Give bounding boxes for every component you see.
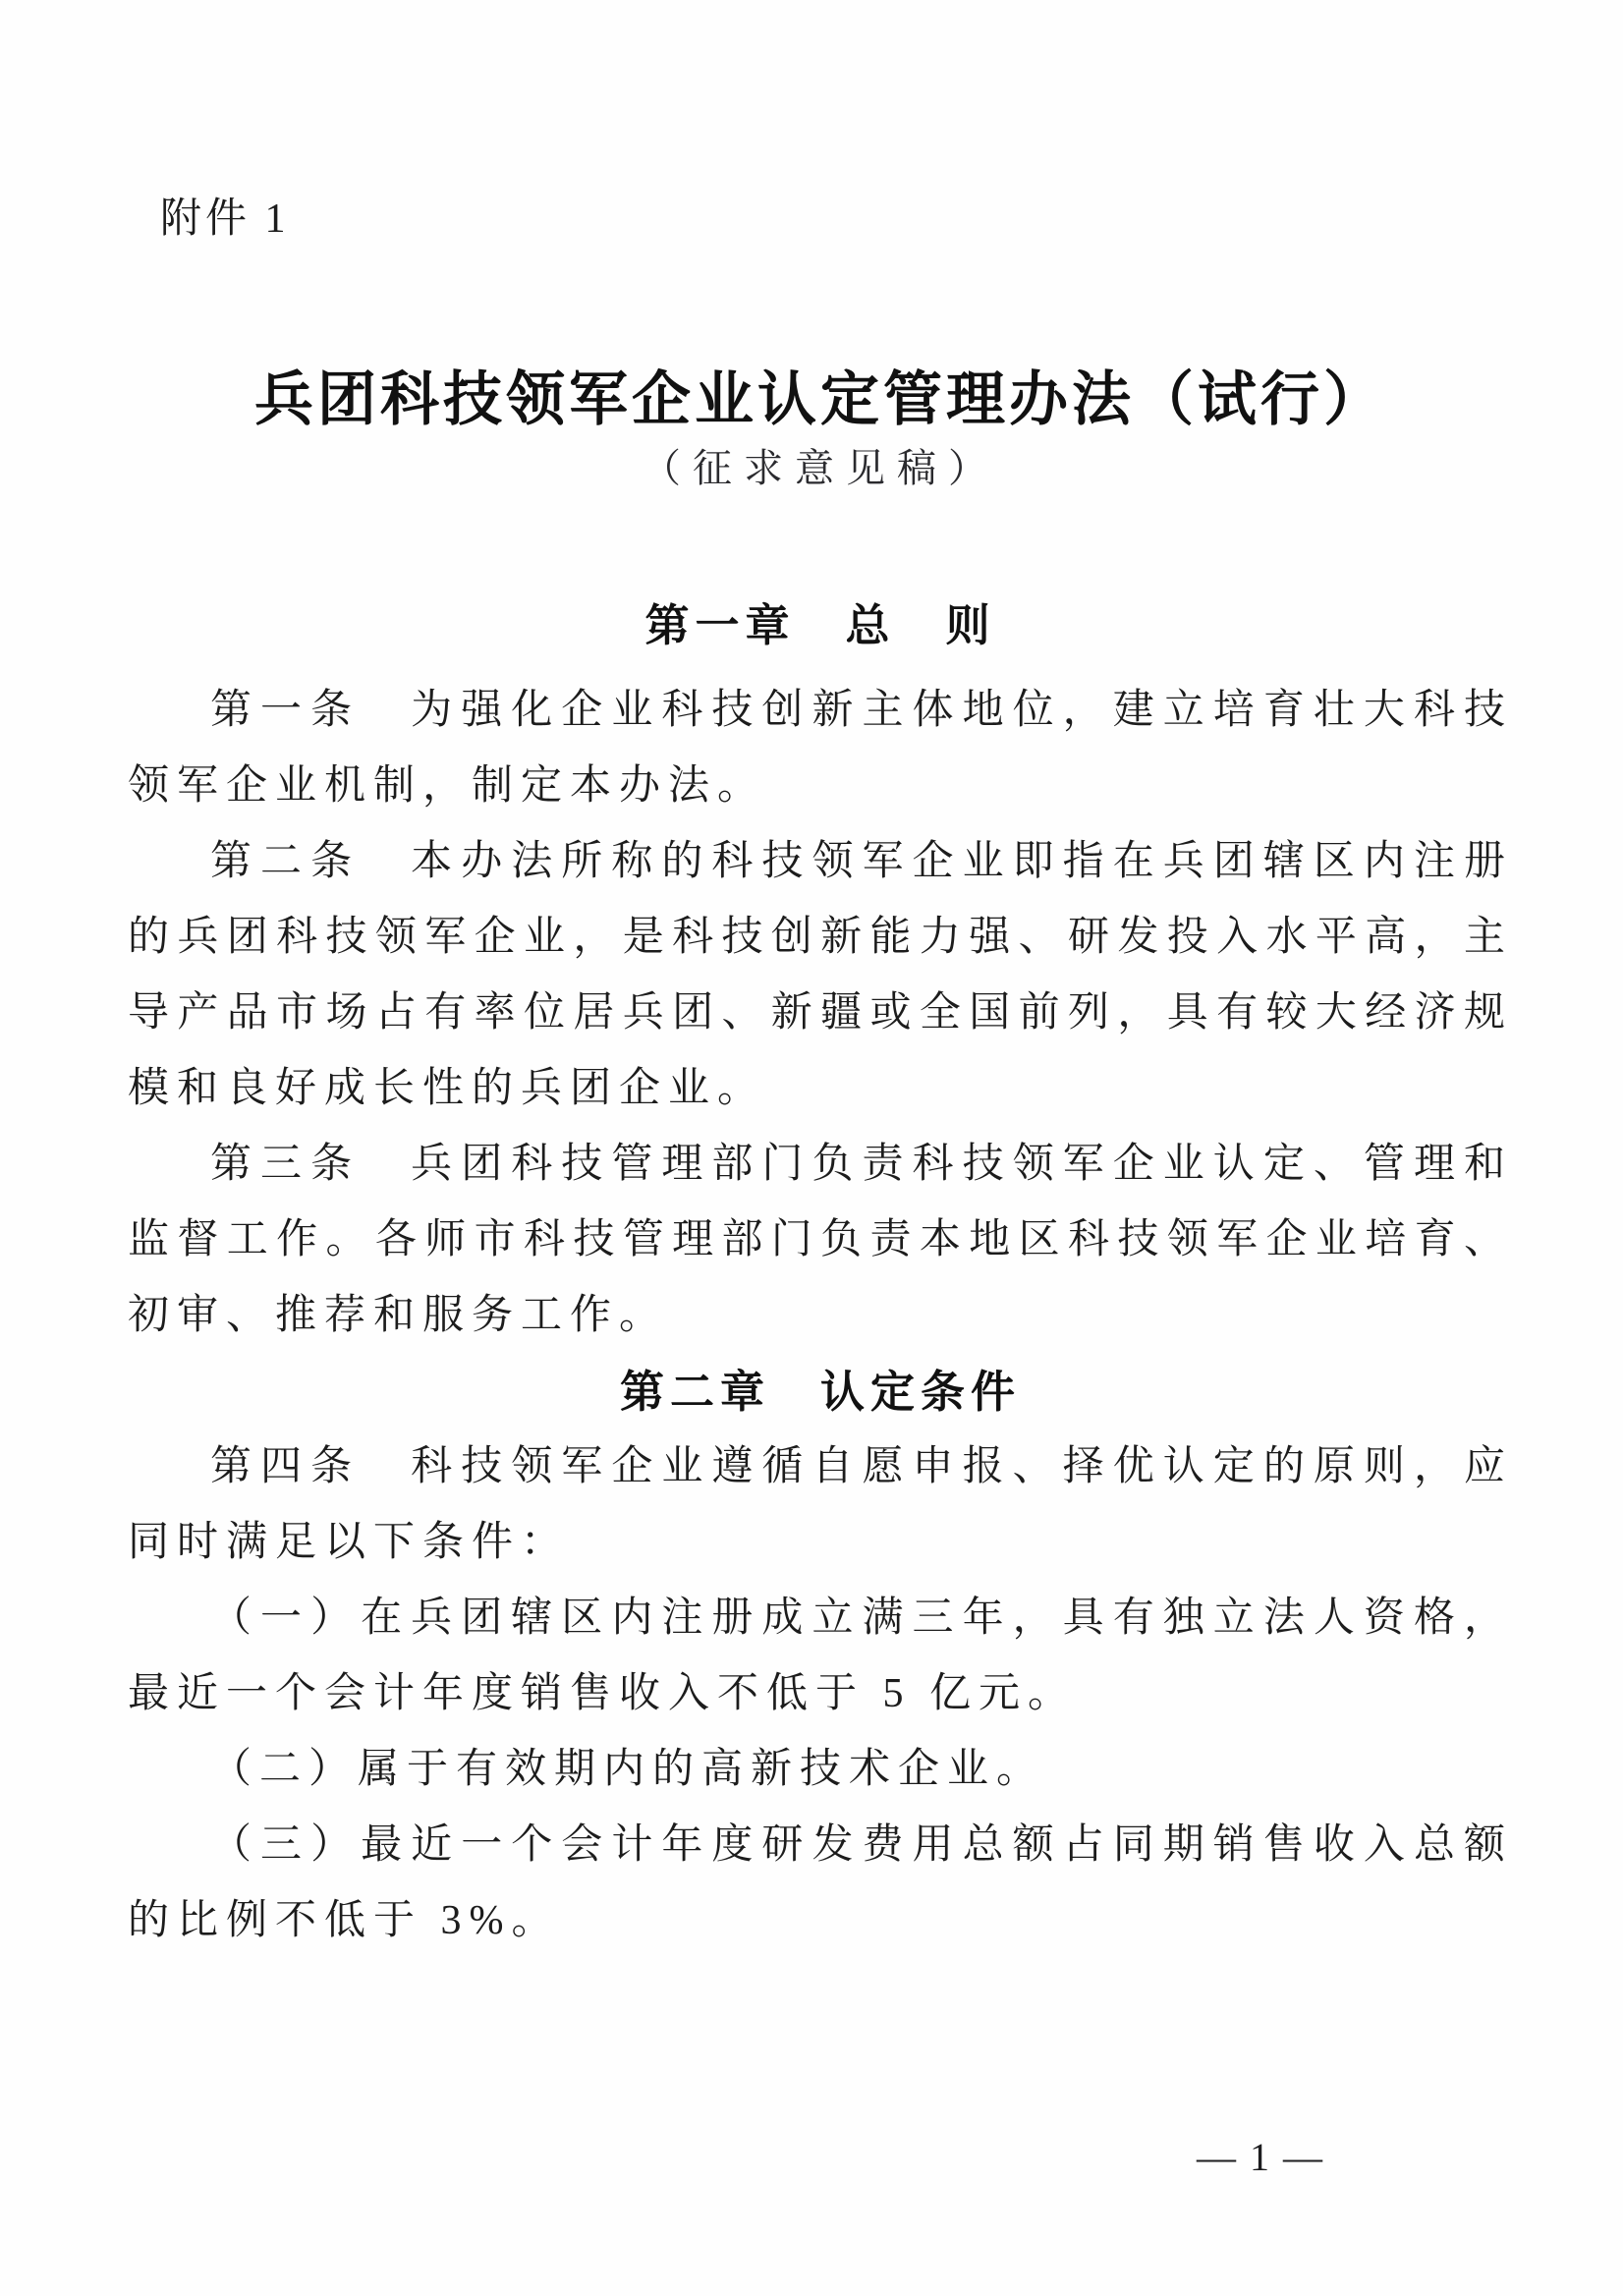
body-text: 第一条 为强化企业科技创新主体地位，建立培育壮大科技 领军企业机制，制定本办法。… bbox=[128, 673, 1513, 1959]
body-line: 初审、推荐和服务工作。 bbox=[128, 1278, 1513, 1354]
body-line: 的比例不低于 3%。 bbox=[128, 1883, 1513, 1959]
body-line: 最近一个会计年度销售收入不低于 5 亿元。 bbox=[128, 1656, 1513, 1732]
body-line: 第三条 兵团科技管理部门负责科技领军企业认定、管理和 bbox=[128, 1127, 1513, 1203]
page-number: — 1 — bbox=[128, 2136, 1513, 2179]
body-line: （一）在兵团辖区内注册成立满三年，具有独立法人资格， bbox=[128, 1581, 1513, 1656]
body-line: 同时满足以下条件： bbox=[128, 1505, 1513, 1581]
body-line: 第一条 为强化企业科技创新主体地位，建立培育壮大科技 bbox=[128, 673, 1513, 749]
document-page: 附件 1 兵团科技领军企业认定管理办法（试行） （征求意见稿） 第一章 总 则 … bbox=[0, 0, 1623, 2296]
body-line: （二）属于有效期内的高新技术企业。 bbox=[128, 1732, 1513, 1808]
body-line: （三）最近一个会计年度研发费用总额占同期销售收入总额 bbox=[128, 1808, 1513, 1883]
body-line: 模和良好成长性的兵团企业。 bbox=[128, 1051, 1513, 1127]
body-line: 导产品市场占有率位居兵团、新疆或全国前列，具有较大经济规 bbox=[128, 976, 1513, 1051]
document-subtitle: （征求意见稿） bbox=[128, 447, 1513, 490]
body-line: 监督工作。各师市科技管理部门负责本地区科技领军企业培育、 bbox=[128, 1203, 1513, 1278]
body-line: 的兵团科技领军企业，是科技创新能力强、研发投入水平高，主 bbox=[128, 900, 1513, 976]
document-content: 附件 1 兵团科技领军企业认定管理办法（试行） （征求意见稿） 第一章 总 则 … bbox=[0, 0, 1623, 2179]
attachment-label: 附件 1 bbox=[160, 0, 1513, 241]
body-line: 第四条 科技领军企业遵循自愿申报、择优认定的原则，应 bbox=[128, 1429, 1513, 1505]
body-line: 第二条 本办法所称的科技领军企业即指在兵团辖区内注册 bbox=[128, 824, 1513, 900]
chapter-heading-2: 第二章 认定条件 bbox=[128, 1354, 1513, 1429]
chapter-heading-1: 第一章 总 则 bbox=[128, 600, 1513, 651]
body-line: 领军企业机制，制定本办法。 bbox=[128, 749, 1513, 824]
document-title: 兵团科技领军企业认定管理办法（试行） bbox=[128, 368, 1513, 431]
